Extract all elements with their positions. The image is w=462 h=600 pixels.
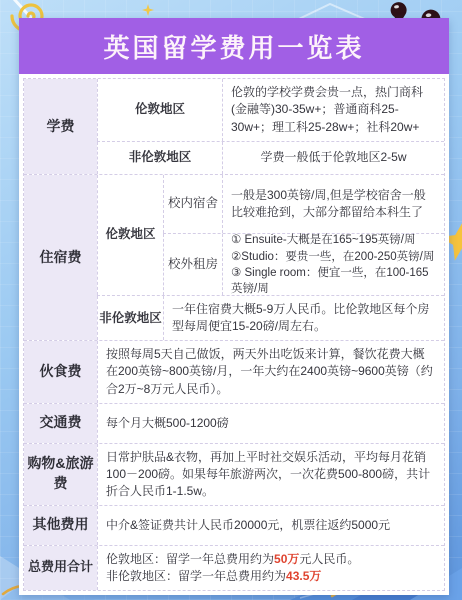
- total-london-amount: 50万: [274, 552, 299, 566]
- row-label-accommodation: 住宿费: [24, 175, 97, 340]
- accommodation-non-london-text: 一年住宿费大概5-9万人民币。比伦敦地区每个房型每周便宜15-20磅/周左右。: [172, 301, 436, 335]
- off-campus-cell: ① Ensuite-大概是在165~195英镑/周 ②Studio：要贵一些，在…: [222, 234, 444, 295]
- sublabel-london: 伦敦地区: [97, 79, 222, 141]
- row-label-tuition: 学费: [24, 79, 97, 174]
- row-label-transport: 交通费: [24, 404, 97, 443]
- table-row-food: 伙食费 按照每周5天自己做饭，两天外出吃饭来计算，餐饮花费大概在200英镑~80…: [24, 340, 444, 402]
- total-non-london-line: 非伦敦地区：留学一年总费用约为43.5万: [106, 568, 321, 585]
- tuition-london-text: 伦敦的学校学费会贵一点，热门商科(金融等)30-35w+；普通商科25-30w+…: [231, 84, 436, 135]
- accommodation-non-london-row: 非伦敦地区 一年住宿费大概5-9万人民币。比伦敦地区每个房型每周便宜15-20磅…: [97, 295, 444, 340]
- transport-text: 每个月大概500-1200磅: [106, 415, 229, 432]
- other-text: 中介&签证费共计人民币20000元，机票往返约5000元: [106, 517, 390, 534]
- total-non-london-prefix: 非伦敦地区：留学一年总费用约为: [106, 569, 286, 583]
- tuition-non-london-row: 非伦敦地区 学费一般低于伦敦地区2-5w: [97, 141, 444, 174]
- tuition-non-london-cell: 学费一般低于伦敦地区2-5w: [222, 142, 444, 174]
- other-cell: 中介&签证费共计人民币20000元，机票往返约5000元: [97, 506, 444, 545]
- table-row-total: 总费用合计 伦敦地区：留学一年总费用约为50万元人民币。 非伦敦地区：留学一年总…: [24, 545, 444, 590]
- tuition-london-cell: 伦敦的学校学费会贵一点，热门商科(金融等)30-35w+；普通商科25-30w+…: [222, 79, 444, 141]
- tuition-non-london-text: 学费一般低于伦敦地区2-5w: [260, 149, 406, 166]
- total-cell: 伦敦地区：留学一年总费用约为50万元人民币。 非伦敦地区：留学一年总费用约为43…: [97, 546, 444, 590]
- table-row-tuition: 学费 伦敦地区 伦敦的学校学费会贵一点，热门商科(金融等)30-35w+；普通商…: [24, 79, 444, 174]
- type-label-on-campus: 校内宿舍: [163, 175, 222, 233]
- total-london-suffix: 元人民币。: [299, 552, 359, 566]
- sublabel-non-london: 非伦敦地区: [97, 142, 222, 174]
- off-campus-row: 校外租房 ① Ensuite-大概是在165~195英镑/周 ②Studio：要…: [163, 233, 444, 295]
- tuition-london-row: 伦敦地区 伦敦的学校学费会贵一点，热门商科(金融等)30-35w+；普通商科25…: [97, 79, 444, 141]
- total-london-prefix: 伦敦地区：留学一年总费用约为: [106, 552, 274, 566]
- sparkle-dot-icon: [142, 4, 154, 16]
- table-header-banner: 英国留学费用一览表: [19, 18, 449, 74]
- row-label-shopping-travel: 购物&旅游费: [24, 444, 97, 505]
- total-london-line: 伦敦地区：留学一年总费用约为50万元人民币。: [106, 551, 359, 568]
- shopping-travel-cell: 日常护肤品&衣物，再加上平时社交娱乐活动，平均每月花销100－200磅。如果每年…: [97, 444, 444, 505]
- sublabel-london: 伦敦地区: [97, 175, 163, 295]
- table-row-shopping-travel: 购物&旅游费 日常护肤品&衣物，再加上平时社交娱乐活动，平均每月花销100－20…: [24, 443, 444, 505]
- row-label-food: 伙食费: [24, 341, 97, 402]
- shopping-travel-text: 日常护肤品&衣物，再加上平时社交娱乐活动，平均每月花销100－200磅。如果每年…: [106, 449, 436, 500]
- cost-table: 学费 伦敦地区 伦敦的学校学费会贵一点，热门商科(金融等)30-35w+；普通商…: [19, 74, 449, 595]
- total-non-london-amount: 43.5万: [286, 569, 321, 583]
- transport-cell: 每个月大概500-1200磅: [97, 404, 444, 443]
- sublabel-non-london: 非伦敦地区: [97, 296, 163, 340]
- table-row-other: 其他费用 中介&签证费共计人民币20000元，机票往返约5000元: [24, 505, 444, 545]
- accommodation-non-london-cell: 一年住宿费大概5-9万人民币。比伦敦地区每个房型每周便宜15-20磅/周左右。: [163, 296, 444, 340]
- food-text: 按照每周5天自己做饭，两天外出吃饭来计算，餐饮花费大概在200英镑~800英镑/…: [106, 346, 436, 397]
- food-cell: 按照每周5天自己做饭，两天外出吃饭来计算，餐饮花费大概在200英镑~800英镑/…: [97, 341, 444, 402]
- on-campus-cell: 一般是300英镑/周,但是学校宿舍一般比较难抢到，大部分都留给本科生了: [222, 175, 444, 233]
- on-campus-text: 一般是300英镑/周,但是学校宿舍一般比较难抢到，大部分都留给本科生了: [231, 187, 436, 221]
- table-row-transport: 交通费 每个月大概500-1200磅: [24, 403, 444, 443]
- cost-table-card: 英国留学费用一览表 学费 伦敦地区 伦敦的学校学费会贵一点，热门商科(金融等)3…: [19, 18, 449, 595]
- table-row-accommodation: 住宿费 伦敦地区 校内宿舍 一般是300英镑/周,但是学校宿舍一般比较难抢到，大…: [24, 174, 444, 340]
- type-label-off-campus: 校外租房: [163, 234, 222, 295]
- accommodation-london-row: 伦敦地区 校内宿舍 一般是300英镑/周,但是学校宿舍一般比较难抢到，大部分都留…: [97, 175, 444, 295]
- on-campus-row: 校内宿舍 一般是300英镑/周,但是学校宿舍一般比较难抢到，大部分都留给本科生了: [163, 175, 444, 233]
- row-label-total: 总费用合计: [24, 546, 97, 590]
- page-title: 英国留学费用一览表: [103, 28, 364, 65]
- row-label-other: 其他费用: [24, 506, 97, 545]
- infographic-canvas: 英国留学费用一览表 学费 伦敦地区 伦敦的学校学费会贵一点，热门商科(金融等)3…: [0, 0, 462, 600]
- off-campus-text: ① Ensuite-大概是在165~195英镑/周 ②Studio：要贵一些，在…: [231, 232, 436, 297]
